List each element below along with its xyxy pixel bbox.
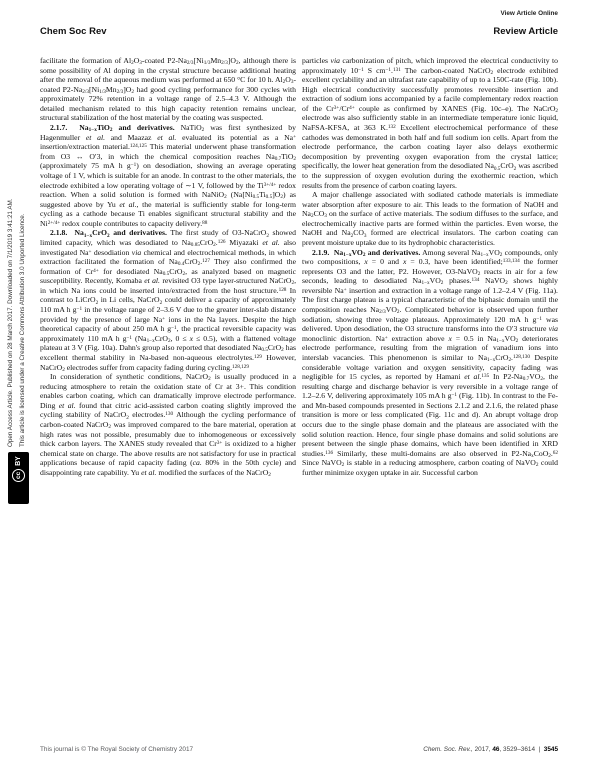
left-column: facilitate the formation of Al2O3-coated…	[40, 56, 296, 477]
journal-title: Chem Soc Rev	[40, 26, 107, 37]
paragraph-section-2-1-7: 2.1.7. Na1−xTiO2 and derivatives. NaTiO2…	[40, 123, 296, 228]
document-page: Open Access Article. Published on 28 Mar…	[0, 0, 595, 780]
paragraph-synthetic-conditions: In consideration of synthetic conditions…	[40, 372, 296, 477]
page-header: Chem Soc Rev View Article Online Review …	[40, 8, 558, 50]
paragraph-continuation: particles via carbonization of pitch, wh…	[302, 56, 558, 190]
paragraph-section-2-1-9: 2.1.9. Na1−xVO2 and derivatives. Among s…	[302, 248, 558, 478]
paragraph-water-absorption: A major challenge associated with sodiat…	[302, 190, 558, 247]
footer-citation: Chem. Soc. Rev., 2017, 46, 3529–3614 | 3…	[423, 746, 558, 753]
creative-commons-icon: cc	[12, 469, 25, 482]
sidebar-published-text: Open Access Article. Published on 28 Mar…	[7, 198, 14, 447]
cc-by-label: BY	[15, 456, 22, 466]
article-type-label: Review Article	[493, 26, 558, 37]
cc-by-badge[interactable]: cc BY	[8, 452, 29, 504]
footer-copyright: This journal is © The Royal Society of C…	[40, 746, 193, 753]
view-article-online-link[interactable]: View Article Online	[500, 10, 558, 17]
sidebar-license-text: This article is licensed under a Creativ…	[19, 214, 26, 447]
paragraph-continuation: facilitate the formation of Al2O3-coated…	[40, 56, 296, 123]
cc-by-badge-content: cc BY	[9, 444, 28, 494]
article-body: facilitate the formation of Al2O3-coated…	[40, 56, 558, 721]
paragraph-section-2-1-8: 2.1.8. Na1−xCrO2 and derivatives. The fi…	[40, 228, 296, 372]
right-column: particles via carbonization of pitch, wh…	[302, 56, 558, 477]
